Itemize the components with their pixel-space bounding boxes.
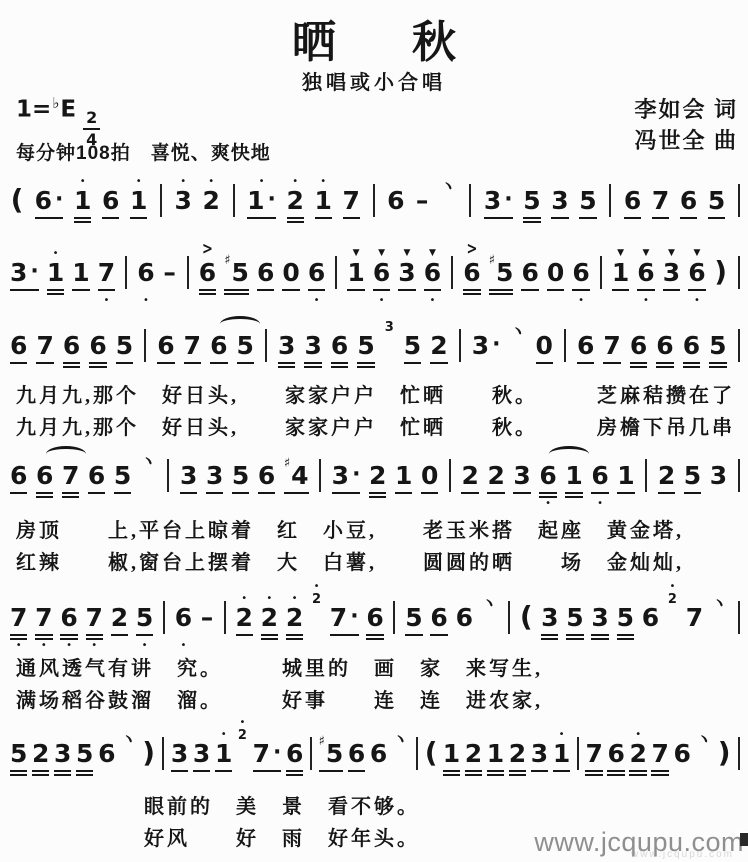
note-1: 1 bbox=[72, 242, 89, 306]
note-6: 6 bbox=[683, 315, 700, 379]
note-6: 6 bbox=[387, 170, 404, 234]
note-3: ▼3 bbox=[663, 242, 680, 306]
note-6: 6 bbox=[456, 587, 473, 651]
note-6: 6 bbox=[577, 315, 594, 379]
note-6: 6 bbox=[89, 315, 106, 379]
barline bbox=[231, 170, 237, 234]
barline bbox=[317, 445, 323, 509]
note-7: 7· bbox=[253, 723, 282, 787]
note-7: 7 bbox=[686, 587, 703, 651]
barline bbox=[562, 315, 568, 379]
note-2: •2 bbox=[236, 587, 253, 651]
barline bbox=[736, 587, 742, 651]
note-5: ♯5 bbox=[224, 242, 249, 306]
music-line-6: 52356ヽ)33•1•27·6♯566ヽ(12123•176•276ヽ) bbox=[10, 723, 742, 787]
barline bbox=[736, 723, 742, 787]
note-6: >6 bbox=[463, 242, 480, 306]
barline bbox=[263, 315, 269, 379]
note-3: 3 bbox=[193, 723, 210, 787]
barline bbox=[158, 170, 164, 234]
note-3: ▼3 bbox=[398, 242, 415, 306]
note-6: 6 bbox=[257, 242, 274, 306]
note-2: 2 bbox=[461, 445, 478, 509]
barline bbox=[161, 587, 167, 651]
song-title: 晒秋 bbox=[292, 18, 532, 67]
music-line-2: 3·•117•6•–>6♯5606•▼1▼6•▼3▼6•>6♯5606•▼1▼6… bbox=[10, 242, 742, 306]
note-5: 5 bbox=[114, 445, 131, 509]
note-6: 6 bbox=[258, 445, 275, 509]
note-1: ▼1 bbox=[347, 242, 364, 306]
note-6: 6 bbox=[88, 445, 105, 509]
note-6: 6 bbox=[674, 723, 691, 787]
barline bbox=[447, 445, 453, 509]
grace-note: •2 bbox=[667, 580, 678, 624]
sheet-music-page: 晒秋 独唱或小合唱 1=♭E24 每分钟108拍 喜悦、爽快地 李如会 词 冯世… bbox=[0, 0, 748, 862]
breath-mark-icon: ヽ bbox=[440, 170, 457, 234]
note-2: •2 bbox=[629, 723, 646, 787]
note-6: 6• bbox=[572, 242, 589, 306]
slur-arc bbox=[46, 446, 86, 462]
note-6: 6 bbox=[642, 587, 659, 651]
music-line-3: 67665676533653523·ヽ0676665 bbox=[10, 315, 742, 379]
dash-note: – bbox=[163, 242, 177, 306]
barline bbox=[457, 315, 463, 379]
note-1: •1 bbox=[74, 170, 91, 234]
note-6: 6 bbox=[521, 242, 538, 306]
note-6: 6 bbox=[210, 315, 227, 379]
parenthesis: ) bbox=[717, 723, 731, 787]
note-3: 3 bbox=[206, 445, 223, 509]
note-2: 2 bbox=[111, 587, 128, 651]
breath-mark-icon: ヽ bbox=[696, 723, 713, 787]
lyrics-row-1: 九月九,那个 好日头, 家家户户 忙晒 秋。 芝麻秸攒在了 九月九,那个 好日头… bbox=[16, 380, 748, 444]
note-1: 1 bbox=[443, 723, 460, 787]
credits: 李如会 词 冯世全 曲 bbox=[634, 94, 738, 156]
lyric-line: 通风透气有讲 究。 城里的 画 家 来写生, bbox=[16, 653, 748, 685]
note-3: 3 bbox=[710, 445, 727, 509]
barline bbox=[506, 587, 512, 651]
note-6: 6 bbox=[63, 315, 80, 379]
note-6: 6• bbox=[137, 242, 154, 306]
song-subtitle: 独唱或小合唱 bbox=[0, 66, 748, 95]
barline bbox=[575, 723, 581, 787]
note-3: 3 bbox=[591, 587, 608, 651]
note-5: 5• bbox=[136, 587, 153, 651]
barline bbox=[123, 242, 129, 306]
breath-mark-icon: ヽ bbox=[392, 723, 409, 787]
breath-mark-icon: ヽ bbox=[711, 587, 728, 651]
page-title: 晒秋 bbox=[0, 6, 748, 70]
note-5: 5 bbox=[708, 170, 725, 234]
note-3: 3 bbox=[531, 723, 548, 787]
barline bbox=[414, 723, 420, 787]
note-6: >6 bbox=[199, 242, 216, 306]
note-6: 6 bbox=[624, 170, 641, 234]
note-1: 1 bbox=[617, 445, 634, 509]
note-3: 3 bbox=[180, 445, 197, 509]
music-line-4: 66765ヽ3356♯43·2102236•16•1253 bbox=[10, 445, 742, 509]
note-2: •2 bbox=[203, 170, 220, 234]
note-6: 6 bbox=[656, 315, 673, 379]
barline bbox=[607, 170, 613, 234]
parenthesis: ( bbox=[10, 170, 24, 234]
lyric-line: 九月九,那个 好日头, 家家户户 忙晒 秋。 房檐下吊几串 bbox=[16, 412, 748, 444]
note-6: 6• bbox=[591, 445, 608, 509]
barline bbox=[736, 315, 742, 379]
note-6: 6 bbox=[36, 445, 53, 509]
parenthesis: ( bbox=[424, 723, 438, 787]
note-2: 2 bbox=[32, 723, 49, 787]
note-7: 7 bbox=[184, 315, 201, 379]
note-7: 7 bbox=[36, 315, 53, 379]
note-5: 5 bbox=[566, 587, 583, 651]
flat-icon: ♭ bbox=[52, 94, 59, 112]
note-3: 3 bbox=[171, 723, 188, 787]
note-7: 7 bbox=[585, 723, 602, 787]
note-5: ♯5 bbox=[489, 242, 514, 306]
barline bbox=[222, 587, 228, 651]
music-line-1: (6·•16•1•3•2•1·•2•176–ヽ3·5356765 bbox=[10, 170, 742, 234]
note-2: •2 bbox=[286, 587, 303, 651]
note-1: 1 bbox=[487, 723, 504, 787]
note-5: 5 bbox=[617, 587, 634, 651]
note-5: ♯5 bbox=[319, 723, 344, 787]
barline bbox=[371, 170, 377, 234]
note-2: •2 bbox=[261, 587, 278, 651]
note-0: 0 bbox=[282, 242, 299, 306]
note-6: 6 bbox=[286, 723, 303, 787]
note-1: •1 bbox=[47, 242, 64, 306]
key-letter: E bbox=[60, 97, 76, 123]
slur-arc bbox=[549, 446, 589, 462]
grace-note: •2 bbox=[311, 580, 322, 624]
note-3: •3 bbox=[175, 170, 192, 234]
note-7: 7 bbox=[651, 723, 668, 787]
note-3: 3 bbox=[304, 315, 321, 379]
barline bbox=[165, 445, 171, 509]
note-3: 3 bbox=[278, 315, 295, 379]
note-0: 0 bbox=[547, 242, 564, 306]
note-6: 6· bbox=[35, 170, 64, 234]
time-numerator: 2 bbox=[83, 110, 100, 130]
note-0: 0 bbox=[536, 315, 553, 379]
note-2: 2 bbox=[509, 723, 526, 787]
note-5: 5 bbox=[116, 315, 133, 379]
note-1: ▼1 bbox=[612, 242, 629, 306]
note-6: 6 bbox=[348, 723, 365, 787]
note-5: 5 bbox=[232, 445, 249, 509]
lyric-line: 红辣 椒,窗台上摆着 大 白薯, 圆圆的晒 场 金灿灿, bbox=[16, 547, 748, 579]
note-1: •1 bbox=[130, 170, 147, 234]
note-6: 6 bbox=[680, 170, 697, 234]
note-6: ▼6• bbox=[424, 242, 441, 306]
note-5: 5 bbox=[405, 587, 422, 651]
note-7: 7 bbox=[343, 170, 360, 234]
watermark-url: www.jcqupu.com bbox=[534, 827, 744, 858]
note-4: ♯4 bbox=[284, 445, 309, 509]
note-2: 2 bbox=[369, 445, 386, 509]
note-7: 7• bbox=[35, 587, 52, 651]
note-1: •1 bbox=[215, 723, 232, 787]
parenthesis: ( bbox=[519, 587, 533, 651]
note-3: 3 bbox=[513, 445, 530, 509]
note-0: 0 bbox=[421, 445, 438, 509]
dash-note: – bbox=[415, 170, 429, 234]
note-1: 1 bbox=[395, 445, 412, 509]
note-3: 3· bbox=[472, 315, 501, 379]
composer-credit: 冯世全 曲 bbox=[634, 125, 738, 156]
note-6: 6• bbox=[60, 587, 77, 651]
lyrics-row-3: 通风透气有讲 究。 城里的 画 家 来写生, 满场稻谷鼓溜 溜。 好事 连 连 … bbox=[16, 653, 748, 717]
note-6: 6• bbox=[308, 242, 325, 306]
barline bbox=[308, 723, 314, 787]
scan-edge-artifact bbox=[740, 831, 748, 846]
note-3: 3· bbox=[10, 242, 39, 306]
barline bbox=[185, 242, 191, 306]
note-7: 7• bbox=[98, 242, 115, 306]
note-6: ▼6• bbox=[637, 242, 654, 306]
barline bbox=[598, 242, 604, 306]
note-2: 2 bbox=[658, 445, 675, 509]
breath-mark-icon: ヽ bbox=[120, 723, 137, 787]
barline bbox=[449, 242, 455, 306]
note-6: 6 bbox=[331, 315, 348, 379]
barline bbox=[736, 242, 742, 306]
note-2: 2 bbox=[430, 315, 447, 379]
note-3: 3 bbox=[54, 723, 71, 787]
note-6: 6• bbox=[175, 587, 192, 651]
barline bbox=[643, 445, 649, 509]
lyricist-credit: 李如会 词 bbox=[634, 94, 738, 125]
note-5: 5 bbox=[579, 170, 596, 234]
parenthesis: ) bbox=[142, 723, 156, 787]
lyrics-row-2: 房顶 上,平台上晾着 红 小豆, 老玉米搭 起座 黄金塔, 红辣 椒,窗台上摆着… bbox=[16, 515, 748, 579]
grace-note: •2 bbox=[237, 716, 248, 760]
lyric-line: 房顶 上,平台上晾着 红 小豆, 老玉米搭 起座 黄金塔, bbox=[16, 515, 748, 547]
note-2: 2 bbox=[465, 723, 482, 787]
slur-arc bbox=[220, 316, 260, 332]
note-6: 6 bbox=[370, 723, 387, 787]
note-6: 6 bbox=[157, 315, 174, 379]
note-7: 7 bbox=[603, 315, 620, 379]
note-2: 2 bbox=[487, 445, 504, 509]
note-3: 3· bbox=[332, 445, 361, 509]
note-6: 6 bbox=[630, 315, 647, 379]
note-6: 6 bbox=[10, 445, 27, 509]
note-7: 7 bbox=[652, 170, 669, 234]
note-7: 7• bbox=[86, 587, 103, 651]
note-5: 5 bbox=[684, 445, 701, 509]
barline bbox=[736, 170, 742, 234]
note-7: 7• bbox=[10, 587, 27, 651]
note-2: •2 bbox=[287, 170, 304, 234]
lyric-line: 满场稻谷鼓溜 溜。 好事 连 连 进农家, bbox=[16, 685, 748, 717]
breath-mark-icon: ヽ bbox=[481, 587, 498, 651]
breath-mark-icon: ヽ bbox=[140, 445, 157, 509]
barline bbox=[142, 315, 148, 379]
note-5: 5 bbox=[404, 315, 421, 379]
lyric-line: 九月九,那个 好日头, 家家户户 忙晒 秋。 芝麻秸攒在了 bbox=[16, 380, 748, 412]
note-7: 7· bbox=[330, 587, 359, 651]
parenthesis: ) bbox=[714, 242, 728, 306]
note-6: ▼6• bbox=[688, 242, 705, 306]
music-line-5: 7•7•6•7•25•6•–•2•2•2•27·6566ヽ(35356•27ヽ bbox=[10, 587, 742, 651]
barline bbox=[160, 723, 166, 787]
barline bbox=[391, 587, 397, 651]
note-6: 6 bbox=[102, 170, 119, 234]
note-6: 6 bbox=[366, 587, 383, 651]
barline bbox=[467, 170, 473, 234]
note-3: 3· bbox=[484, 170, 513, 234]
barline bbox=[333, 242, 339, 306]
note-6: 6• bbox=[539, 445, 556, 509]
note-3: 3 bbox=[551, 170, 568, 234]
key-prefix: 1= bbox=[16, 97, 51, 123]
note-6: 6 bbox=[430, 587, 447, 651]
lyric-line: 眼前的 美 景 看不够。 bbox=[144, 791, 748, 823]
note-1: •1 bbox=[315, 170, 332, 234]
grace-note: 3 bbox=[384, 308, 395, 352]
tempo-marking: 每分钟108拍 喜悦、爽快地 bbox=[16, 138, 271, 165]
note-5: 5 bbox=[523, 170, 540, 234]
note-5: 5 bbox=[10, 723, 27, 787]
note-6: ▼6• bbox=[373, 242, 390, 306]
breath-mark-icon: ヽ bbox=[509, 315, 526, 379]
barline bbox=[736, 445, 742, 509]
note-6: 6 bbox=[607, 723, 624, 787]
note-1: •1 bbox=[553, 723, 570, 787]
note-5: 5 bbox=[357, 315, 374, 379]
note-6: 6 bbox=[10, 315, 27, 379]
note-1: •1· bbox=[247, 170, 276, 234]
dash-note: – bbox=[200, 587, 214, 651]
note-6: 6 bbox=[98, 723, 115, 787]
note-5: 5 bbox=[76, 723, 93, 787]
note-5: 5 bbox=[709, 315, 726, 379]
note-3: 3 bbox=[541, 587, 558, 651]
